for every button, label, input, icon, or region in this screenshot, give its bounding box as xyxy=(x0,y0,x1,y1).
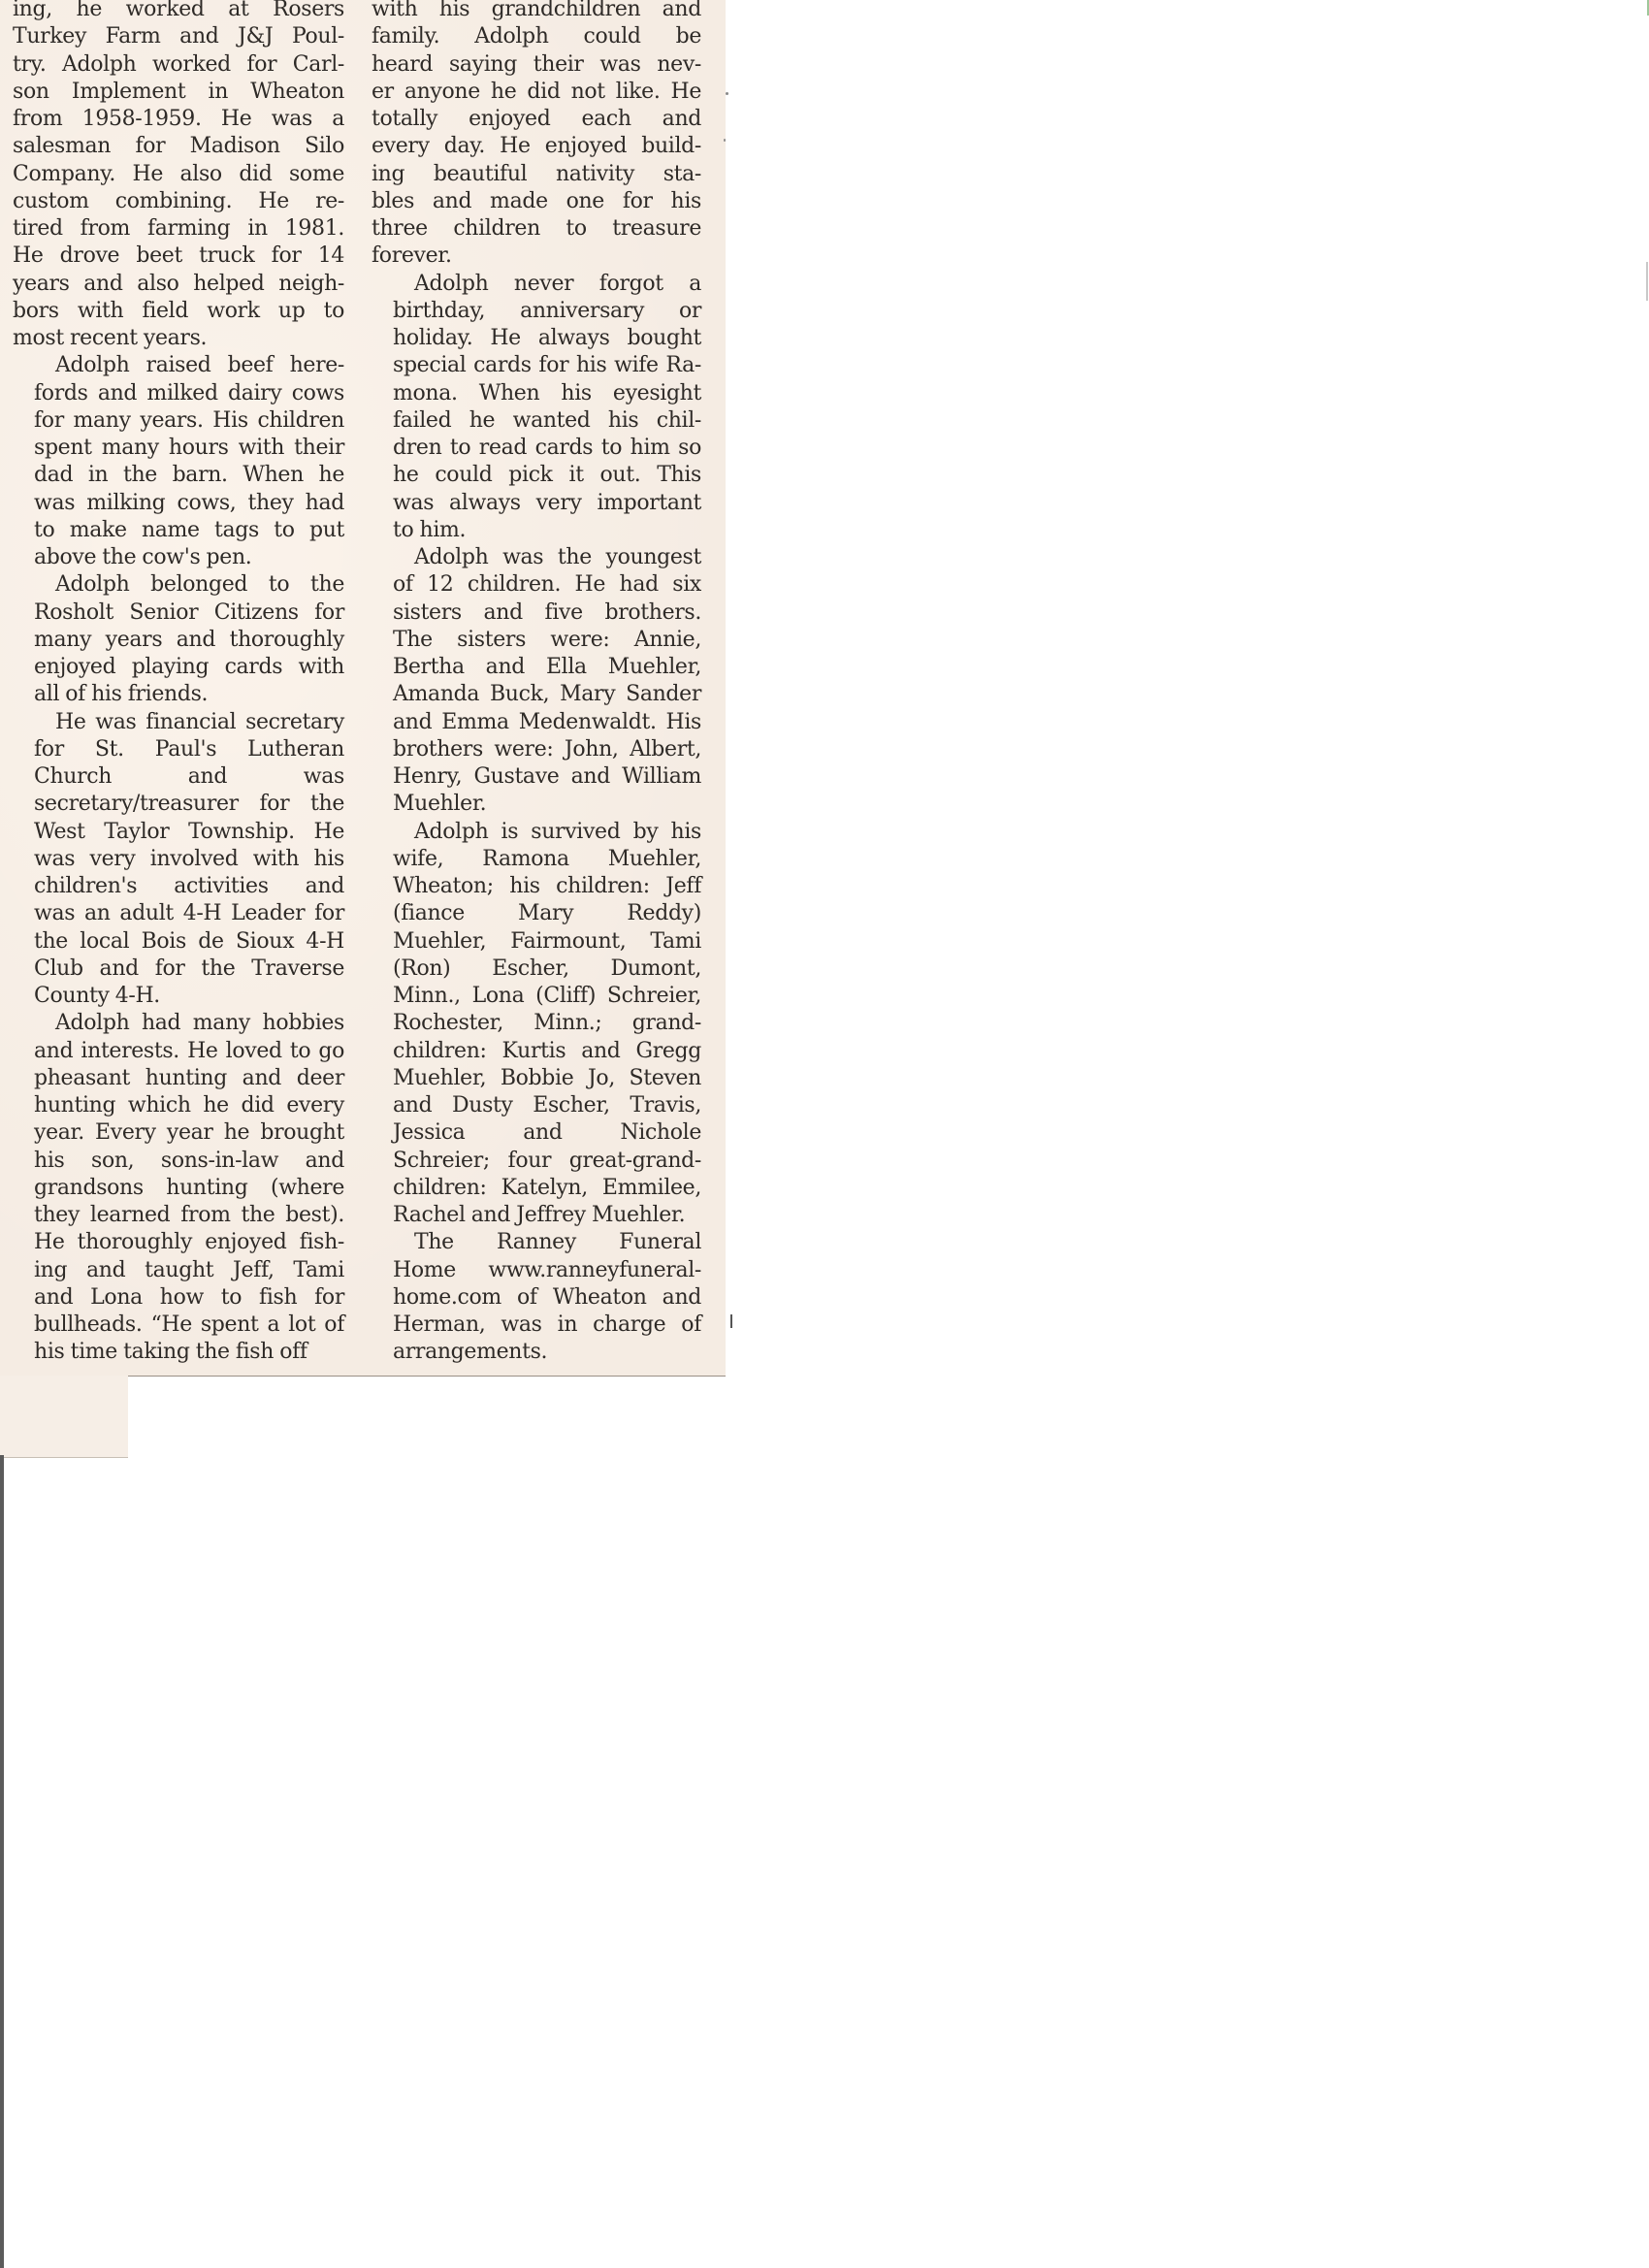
text-line: of 12 children. He had six xyxy=(372,571,701,599)
paragraph: He was financial secretaryfor St. Paul's… xyxy=(13,709,344,1011)
text-line: grandsons hunting (where xyxy=(13,1175,344,1202)
paragraph: The Ranney FuneralHome www.ranneyfuneral… xyxy=(372,1229,701,1366)
text-line: custom combining. He re- xyxy=(13,188,344,215)
scanner-edge-line xyxy=(0,1455,4,2268)
text-line: Adolph raised beef here- xyxy=(13,352,344,379)
text-line: West Taylor Township. He xyxy=(13,819,344,846)
text-line: spent many hours with their xyxy=(13,435,344,462)
text-line: Turkey Farm and J&J Poul- xyxy=(13,23,344,50)
text-line: er anyone he did not like. He xyxy=(372,79,701,106)
text-line: He was financial secretary xyxy=(13,709,344,736)
text-line: Herman, was in charge of xyxy=(372,1312,701,1339)
bleed-through-text xyxy=(4,1412,120,1426)
text-line: children: Katelyn, Emmilee, xyxy=(372,1175,701,1202)
text-line: Muehler, Fairmount, Tami xyxy=(372,928,701,956)
text-line: dren to read cards to him so xyxy=(372,435,701,462)
text-line: ing, he worked at Rosers xyxy=(13,0,344,23)
text-line: was milking cows, they had xyxy=(13,490,344,517)
text-line: his time taking the fish off xyxy=(13,1339,344,1366)
text-line: was always very important xyxy=(372,490,701,517)
text-line: home.com of Wheaton and xyxy=(372,1284,701,1312)
text-line: dad in the barn. When he xyxy=(13,462,344,489)
paragraph: Adolph is survived by hiswife, Ramona Mu… xyxy=(372,819,701,1230)
text-line: Adolph is survived by his xyxy=(372,819,701,846)
text-line: special cards for his wife Ra- xyxy=(372,352,701,379)
text-line: ing and taught Jeff, Tami xyxy=(13,1257,344,1284)
text-line: bors with field work up to xyxy=(13,298,344,325)
text-line: for many years. His children xyxy=(13,407,344,435)
text-line: Adolph had many hobbies xyxy=(13,1010,344,1037)
text-line: all of his friends. xyxy=(13,681,344,708)
text-line: Rochester, Minn.; grand- xyxy=(372,1010,701,1037)
text-line: bles and made one for his xyxy=(372,188,701,215)
text-line: The Ranney Funeral xyxy=(372,1229,701,1256)
text-line: many years and thoroughly xyxy=(13,627,344,654)
text-line: to him. xyxy=(372,517,701,544)
paragraph: Adolph belonged to theRosholt Senior Cit… xyxy=(13,571,344,708)
text-line: mona. When his eyesight xyxy=(372,380,701,407)
scan-speck xyxy=(1646,262,1648,301)
text-line: The sisters were: Annie, xyxy=(372,627,701,654)
column-right: with his grandchildren andfamily. Adolph… xyxy=(372,0,701,1367)
text-line: and Emma Medenwaldt. His xyxy=(372,709,701,736)
text-line: above the cow's pen. xyxy=(13,544,344,571)
text-line: (Ron) Escher, Dumont, xyxy=(372,956,701,983)
text-line: and interests. He loved to go xyxy=(13,1038,344,1065)
text-line: Minn., Lona (Cliff) Schreier, xyxy=(372,983,701,1010)
text-line: Company. He also did some xyxy=(13,161,344,188)
text-line: Schreier; four great-grand- xyxy=(372,1148,701,1175)
text-line: Rosholt Senior Citizens for xyxy=(13,599,344,627)
text-line: Club and for the Traverse xyxy=(13,956,344,983)
text-line: Wheaton; his children: Jeff xyxy=(372,873,701,900)
text-line: (fiance Mary Reddy) xyxy=(372,900,701,927)
newspaper-clipping: ing, he worked at RosersTurkey Farm and … xyxy=(0,0,726,1377)
text-line: He thoroughly enjoyed fish- xyxy=(13,1229,344,1256)
text-line: fords and milked dairy cows xyxy=(13,380,344,407)
paragraph: Adolph raised beef here-fords and milked… xyxy=(13,352,344,571)
text-line: year. Every year he brought xyxy=(13,1119,344,1147)
text-line: tired from farming in 1981. xyxy=(13,215,344,243)
scan-speck xyxy=(724,139,726,142)
text-line: Henry, Gustave and William xyxy=(372,763,701,791)
text-line: most recent years. xyxy=(13,325,344,352)
text-line: wife, Ramona Muehler, xyxy=(372,846,701,873)
text-line: Adolph never forgot a xyxy=(372,271,701,298)
text-line: Amanda Buck, Mary Sander xyxy=(372,681,701,708)
text-line: Rachel and Jeffrey Muehler. xyxy=(372,1202,701,1229)
text-line: try. Adolph worked for Carl- xyxy=(13,51,344,79)
text-line: holiday. He always bought xyxy=(372,325,701,352)
text-line: heard saying their was nev- xyxy=(372,51,701,79)
text-line: totally enjoyed each and xyxy=(372,106,701,133)
clipping-torn-tab xyxy=(0,1376,128,1458)
text-line: Church and was xyxy=(13,763,344,791)
text-line: pheasant hunting and deer xyxy=(13,1065,344,1092)
text-line: Adolph was the youngest xyxy=(372,544,701,571)
text-line: Home www.ranneyfuneral- xyxy=(372,1257,701,1284)
text-line: arrangements. xyxy=(372,1339,701,1366)
text-line: Muehler. xyxy=(372,791,701,818)
paragraph: Adolph was the youngestof 12 children. H… xyxy=(372,544,701,819)
text-line: every day. He enjoyed build- xyxy=(372,133,701,160)
text-line: and Lona how to fish for xyxy=(13,1284,344,1312)
text-line: Muehler, Bobbie Jo, Steven xyxy=(372,1065,701,1092)
text-line: secretary/treasurer for the xyxy=(13,791,344,818)
text-line: He drove beet truck for 14 xyxy=(13,243,344,270)
text-line: hunting which he did every xyxy=(13,1092,344,1119)
text-line: his son, sons-in-law and xyxy=(13,1148,344,1175)
text-line: three children to treasure xyxy=(372,215,701,243)
paragraph: Adolph never forgot abirthday, anniversa… xyxy=(372,271,701,545)
text-line: was very involved with his xyxy=(13,846,344,873)
text-line: failed he wanted his chil- xyxy=(372,407,701,435)
scan-speck xyxy=(726,92,728,95)
text-line: the local Bois de Sioux 4-H xyxy=(13,928,344,956)
text-line: Bertha and Ella Muehler, xyxy=(372,654,701,681)
text-line: salesman for Madison Silo xyxy=(13,133,344,160)
text-line: to make name tags to put xyxy=(13,517,344,544)
text-line: birthday, anniversary or xyxy=(372,298,701,325)
text-line: forever. xyxy=(372,243,701,270)
text-line: was an adult 4-H Leader for xyxy=(13,900,344,927)
paragraph: ing, he worked at RosersTurkey Farm and … xyxy=(13,0,344,352)
text-line: bullheads. “He spent a lot of xyxy=(13,1312,344,1339)
text-line: sisters and five brothers. xyxy=(372,599,701,627)
text-line: for St. Paul's Lutheran xyxy=(13,736,344,763)
text-line: and Dusty Escher, Travis, xyxy=(372,1092,701,1119)
text-line: children: Kurtis and Gregg xyxy=(372,1038,701,1065)
text-line: Jessica and Nichole xyxy=(372,1119,701,1147)
paragraph: Adolph had many hobbiesand interests. He… xyxy=(13,1010,344,1366)
text-line: children's activities and xyxy=(13,873,344,900)
text-line: Adolph belonged to the xyxy=(13,571,344,599)
text-line: family. Adolph could be xyxy=(372,23,701,50)
text-line: enjoyed playing cards with xyxy=(13,654,344,681)
text-line: he could pick it out. This xyxy=(372,462,701,489)
text-line: with his grandchildren and xyxy=(372,0,701,23)
column-left: ing, he worked at RosersTurkey Farm and … xyxy=(13,0,344,1367)
text-line: they learned from the best). xyxy=(13,1202,344,1229)
text-line: County 4-H. xyxy=(13,983,344,1010)
text-line: from 1958-1959. He was a xyxy=(13,106,344,133)
text-line: brothers were: John, Albert, xyxy=(372,736,701,763)
scan-speck xyxy=(730,1314,732,1328)
text-line: years and also helped neigh- xyxy=(13,271,344,298)
text-line: son Implement in Wheaton xyxy=(13,79,344,106)
text-line: ing beautiful nativity sta- xyxy=(372,161,701,188)
paragraph: with his grandchildren andfamily. Adolph… xyxy=(372,0,701,271)
